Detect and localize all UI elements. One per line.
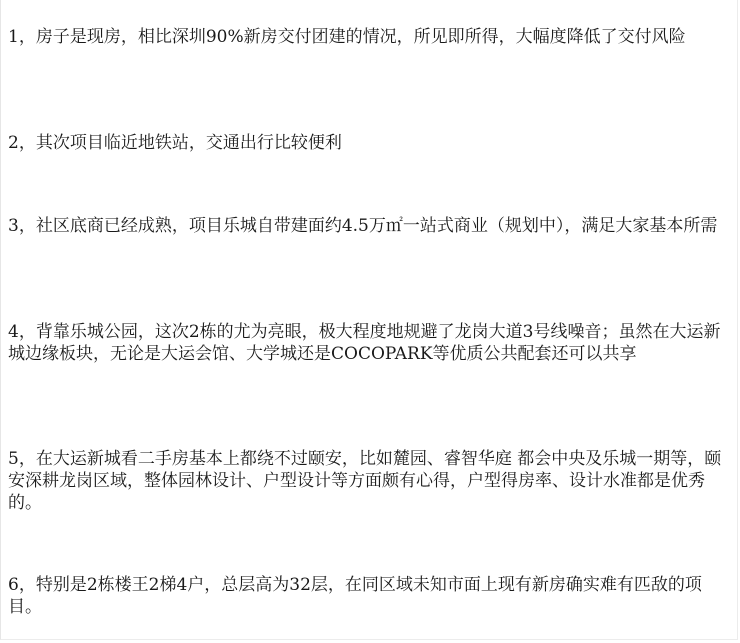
paragraph-5: 5，在大运新城看二手房基本上都绕不过颐安，比如麓园、睿智华庭 都会中央及乐城一期… xyxy=(8,448,732,514)
paragraph-3: 3，社区底商已经成熟，项目乐城自带建面约4.5万㎡一站式商业（规划中），满足大家… xyxy=(8,215,732,237)
paragraph-6: 6，特别是2栋楼王2梯4户，总层高为32层，在同区域未知市面上现有新房确实难有匹… xyxy=(8,574,732,618)
paragraph-2: 2，其次项目临近地铁站，交通出行比较便利 xyxy=(8,132,732,154)
paragraph-4: 4，背靠乐城公园，这次2栋的尤为亮眼，极大程度地规避了龙岗大道3号线噪音；虽然在… xyxy=(8,321,732,365)
page-frame: 1，房子是现房，相比深圳90%新房交付团建的情况，所见即所得，大幅度降低了交付风… xyxy=(0,0,738,640)
paragraph-1: 1，房子是现房，相比深圳90%新房交付团建的情况，所见即所得，大幅度降低了交付风… xyxy=(8,26,732,48)
